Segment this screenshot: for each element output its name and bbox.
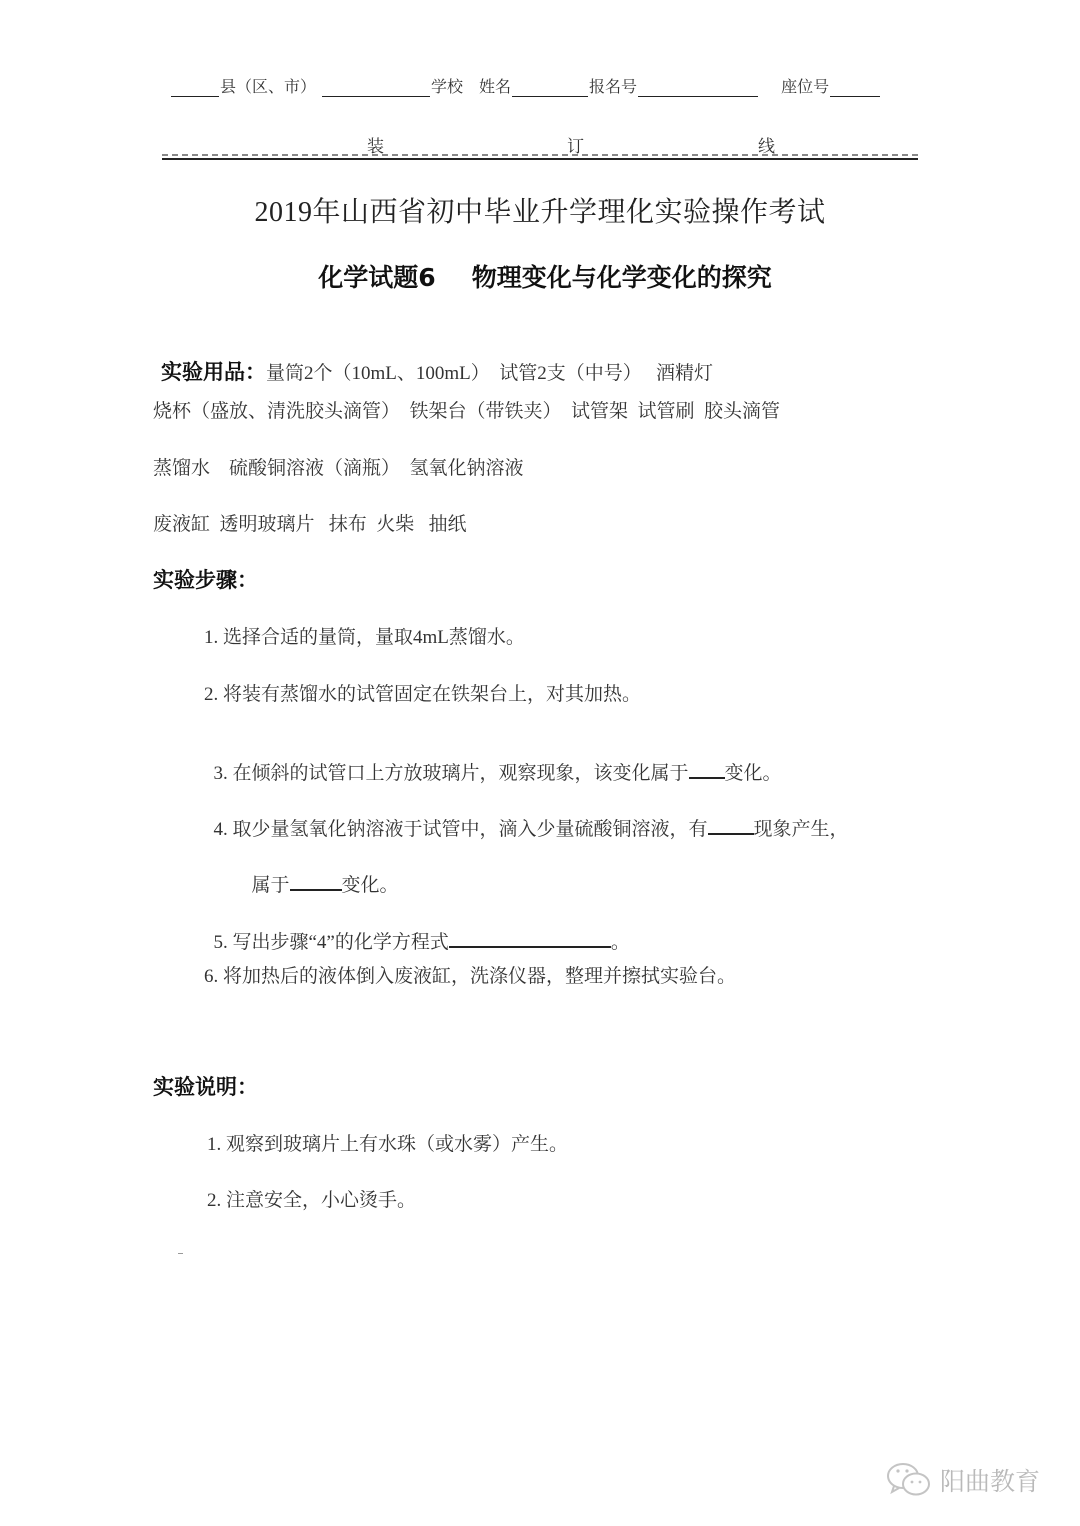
exam-subtitle: 化学试题6物理变化与化学变化的探究 (0, 258, 1080, 294)
materials-heading: 实验用品： (161, 360, 266, 384)
materials-line-1: 实验用品：量筒2个（10mL、100mL） 试管2支（中号） 酒精灯 (153, 338, 713, 386)
step-1: 1. 选择合适的量筒，量取4mL蒸馏水。 (204, 622, 525, 649)
step-3-text-before: 3. 在倾斜的试管口上方放玻璃片，观察现象，该变化属于 (214, 763, 689, 784)
step-5-text-after: 。 (611, 932, 630, 953)
note-1: 1. 观察到玻璃片上有水珠（或水雾）产生。 (207, 1129, 568, 1156)
step-2: 2. 将装有蒸馏水的试管固定在铁架台上，对其加热。 (204, 679, 641, 706)
exam-topic: 物理变化与化学变化的探究 (472, 263, 772, 292)
step-3: 3. 在倾斜的试管口上方放玻璃片，观察现象，该变化属于变化。 (204, 736, 782, 785)
county-blank[interactable] (171, 80, 219, 97)
school-blank[interactable] (322, 80, 430, 97)
materials-line-2: 烧杯（盛放、清洗胶头滴管） 铁架台（带铁夹） 试管架 试管刷 胶头滴管 (153, 396, 780, 423)
registration-blank[interactable] (638, 80, 758, 97)
step-4b-text-before: 属于 (252, 875, 290, 896)
step-6: 6. 将加热后的液体倒入废液缸，洗涤仪器，整理并擦拭实验台。 (204, 961, 736, 988)
page-title: 2019年山西省初中毕业升学理化实验操作考试 (0, 190, 1080, 230)
step-4-text-after: 现象产生， (754, 819, 849, 840)
note-2: 2. 注意安全，小心烫手。 (207, 1185, 416, 1212)
dotted-binding-divider (162, 154, 918, 156)
step-5-text-before: 5. 写出步骤“4”的化学方程式 (214, 932, 449, 953)
seat-label: 座位号 (781, 74, 829, 97)
step-4-change-type-blank[interactable] (290, 871, 342, 891)
candidate-info-line: 县（区、市） 学校 姓名 报名号 座位号 (170, 74, 881, 97)
watermark-text: 阳曲教育 (940, 1462, 1040, 1498)
materials-line-3: 蒸馏水 硫酸铜溶液（滴瓶） 氢氧化钠溶液 (153, 453, 524, 480)
registration-label: 报名号 (589, 74, 637, 97)
exam-number: 化学试题6 (318, 263, 435, 292)
seat-blank[interactable] (830, 80, 880, 97)
school-label: 学校 (431, 74, 463, 97)
wechat-icon (886, 1462, 934, 1498)
step-4b-text-after: 变化。 (342, 875, 399, 896)
step-4-text-before: 4. 取少量氢氧化钠溶液于试管中，滴入少量硫酸铜溶液，有 (214, 819, 708, 840)
name-blank[interactable] (512, 80, 588, 97)
step-5-equation-blank[interactable] (449, 928, 611, 948)
step-4: 4. 取少量氢氧化钠溶液于试管中，滴入少量硫酸铜溶液，有现象产生， (204, 792, 849, 841)
notes-heading: 实验说明： (153, 1071, 258, 1101)
step-4-phenomenon-blank[interactable] (708, 815, 754, 835)
name-label: 姓名 (479, 74, 511, 97)
solid-binding-divider (162, 158, 918, 160)
stray-mark (178, 1253, 183, 1254)
county-label: 县（区、市） (220, 74, 316, 97)
watermark: 阳曲教育 (886, 1462, 1040, 1498)
step-4-continued: 属于变化。 (242, 848, 399, 897)
materials-line-4: 废液缸 透明玻璃片 抹布 火柴 抽纸 (153, 509, 467, 536)
step-3-answer-blank[interactable] (689, 759, 725, 779)
step-3-text-after: 变化。 (725, 763, 782, 784)
step-5: 5. 写出步骤“4”的化学方程式。 (204, 905, 630, 954)
steps-heading: 实验步骤： (153, 564, 258, 594)
materials-text-1: 量筒2个（10mL、100mL） 试管2支（中号） 酒精灯 (266, 363, 713, 384)
